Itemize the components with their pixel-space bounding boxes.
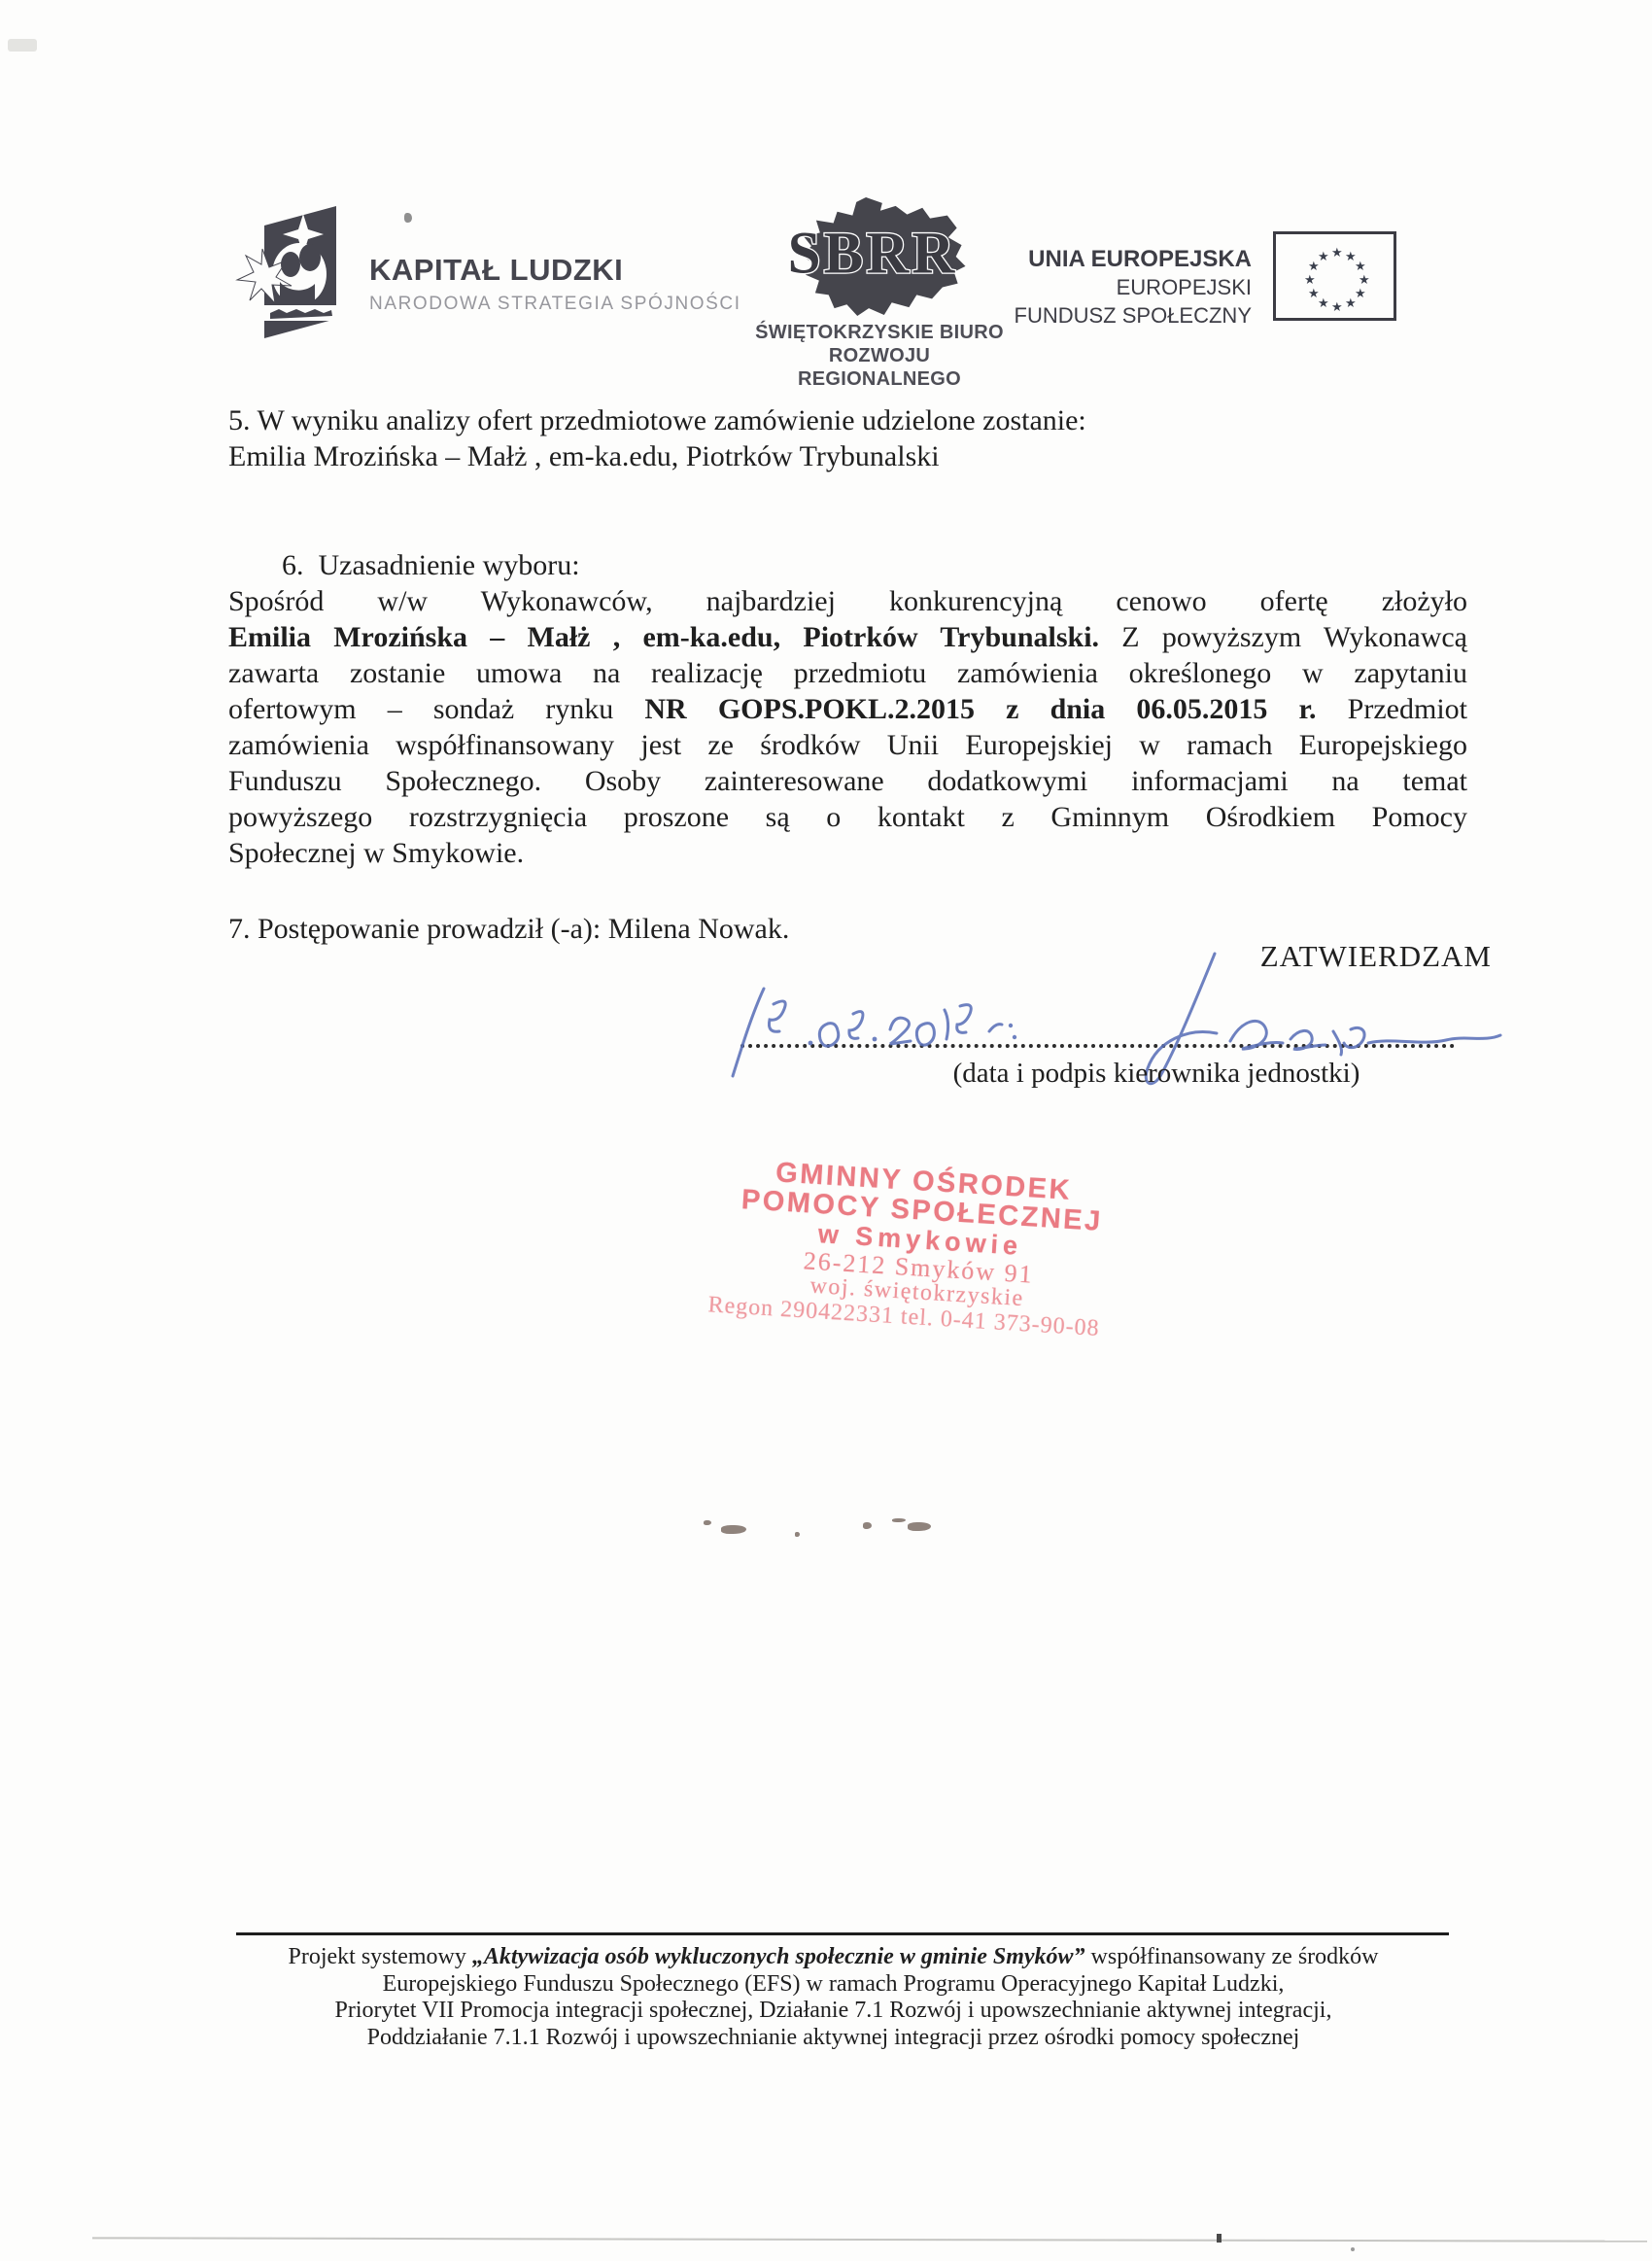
scan-artifact [1351,2247,1355,2251]
office-stamp: GMINNY OŚRODEK POMOCY SPOŁECZNEJ w Smyko… [682,1153,1157,1345]
eu-line2: EUROPEJSKI [1001,273,1252,301]
paragraph-5: 5. W wyniku analizy ofert przedmiotowe z… [228,402,1470,474]
ink-smudge [721,1525,746,1534]
scan-edge-line [92,2237,1647,2242]
footer-line1: Projekt systemowy „Aktywizacja osób wykl… [214,1944,1453,1971]
footer-line4: Poddziałanie 7.1.1 Rozwój i upowszechnia… [214,2025,1453,2052]
footer-rule [236,1932,1449,1935]
scan-artifact [8,39,37,52]
eu-flag-icon: ★ ★ ★ ★ ★ ★ ★ ★ ★ ★ ★ ★ [1273,231,1396,321]
eu-line3: FUNDUSZ SPOŁECZNY [1001,301,1252,330]
ink-smudge [863,1522,872,1529]
signature-caption: (data i podpis kierownika jednostki) [836,1058,1477,1090]
sbrr-caption-line1: ŚWIĘTOKRZYSKIE BIURO [748,321,1011,344]
ink-smudge [908,1522,931,1531]
sbrr-caption-line2: ROZWOJU REGIONALNEGO [748,344,1011,391]
ink-smudge [704,1520,711,1525]
scan-artifact [1217,2234,1222,2243]
footer-line3: Priorytet VII Promocja integracji społec… [214,1998,1453,2025]
eu-line1: UNIA EUROPEJSKA [1001,245,1252,273]
footer-line2: Europejskiego Funduszu Społecznego (EFS)… [214,1971,1453,1999]
paragraph-6-body: Spośród w/w Wykonawców, najbardziej konk… [228,583,1467,871]
kapital-ludzki-subtitle: NARODOWA STRATEGIA SPÓJNOŚCI [369,294,741,315]
paragraph-5-line2: Emilia Mrozińska – Małż , em-ka.edu, Pio… [228,438,1470,474]
ink-speck [404,213,412,223]
paragraph-5-line1: 5. W wyniku analizy ofert przedmiotowe z… [228,402,1470,438]
sbrr-logo-icon: SBRR [775,194,970,319]
kapital-ludzki-logo-icon [233,202,348,343]
kapital-ludzki-wordmark: KAPITAŁ LUDZKI NARODOWA STRATEGIA SPÓJNO… [369,253,741,315]
ink-smudge [795,1532,800,1537]
sbrr-caption: ŚWIĘTOKRZYSKIE BIURO ROZWOJU REGIONALNEG… [748,321,1011,391]
paragraph-6-heading: 6. Uzasadnienie wyboru: [282,547,1467,583]
kapital-ludzki-title: KAPITAŁ LUDZKI [369,253,741,288]
sbrr-acronym: SBRR [788,222,958,287]
footer-text: Projekt systemowy „Aktywizacja osób wykl… [214,1944,1453,2051]
ink-smudge [892,1518,906,1522]
scanned-document-page: KAPITAŁ LUDZKI NARODOWA STRATEGIA SPÓJNO… [0,0,1652,2261]
eu-wordmark: UNIA EUROPEJSKA EUROPEJSKI FUNDUSZ SPOŁE… [1001,245,1252,330]
